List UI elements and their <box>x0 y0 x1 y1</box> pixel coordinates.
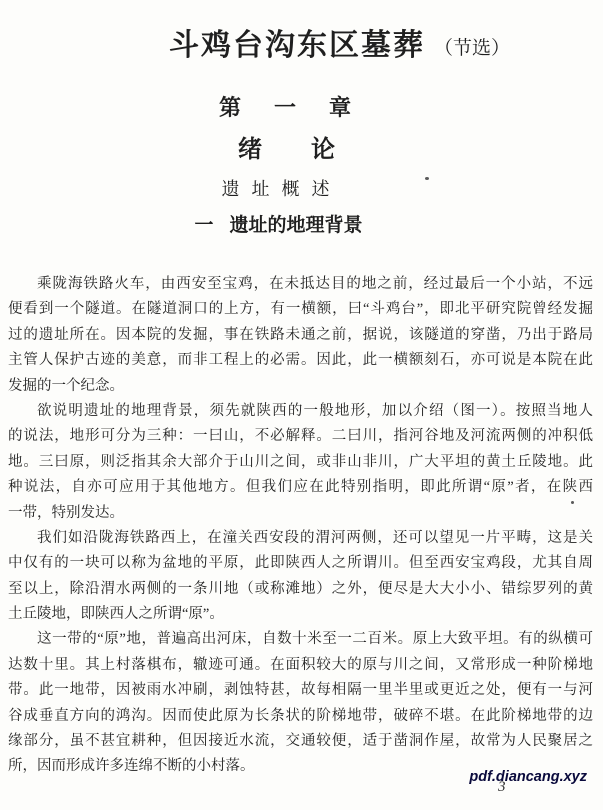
text-line: 一带，特别发达。 <box>8 501 593 526</box>
text-line: 谷成垂直方向的鸿沟。因而使此原为长条状的阶梯地带，破碎不堪。在此阶梯地带的边 <box>8 704 593 729</box>
text-line: 中仅有的一块可以称为盆地的平原，此即陕西人之所谓川。但至西安宝鸡段，尤其自周 <box>8 551 593 576</box>
body-text: 乘陇海铁路火车，由西安至宝鸡，在未抵达目的地之前，经过最后一个小站，不远便看到一… <box>0 272 603 780</box>
text-line: 我们如沿陇海铁路西上，在潼关西安段的渭河两侧，还可以望见一片平畴，这是关 <box>8 526 593 551</box>
text-line: 带。此一地带，因被雨水冲刷，剥蚀特甚，故每相隔一里半里或更近之处，便有一与河 <box>8 678 593 703</box>
text-line: 欲说明遗址的地理背景，须先就陕西的一般地形，加以介绍（图一）。按照当地人 <box>8 399 593 424</box>
text-line: 缘部分，虽不甚宜耕种，但因接近水流，交通较便，适于凿洞作屋，故常为人民聚居之 <box>8 729 593 754</box>
section-heading: 绪论 <box>0 136 603 164</box>
text-line: 发掘的一个纪念。 <box>8 374 593 399</box>
subsection-heading: 遗址概述 <box>0 177 603 201</box>
document-title-suffix: （节选） <box>425 31 434 67</box>
topic-heading: 一遗址的地理背景 <box>0 213 603 239</box>
watermark-text: pdf.diancang.xyz <box>469 769 587 785</box>
document-title: 斗鸡台沟东区墓葬（节选） <box>0 26 603 67</box>
document-title-main: 斗鸡台沟东区墓葬 <box>169 29 425 62</box>
text-line: 地。三曰原，则泛指其余大部介于山川之间，或非山非川，广大平坦的黄土丘陵地。此 <box>8 450 593 475</box>
chapter-heading: 第一章 <box>0 95 603 121</box>
text-line: 乘陇海铁路火车，由西安至宝鸡，在未抵达目的地之前，经过最后一个小站，不远 <box>8 272 593 297</box>
page-number: 3 <box>498 779 506 796</box>
topic-heading-label: 遗址的地理背景 <box>230 215 363 236</box>
scan-speck <box>425 177 429 180</box>
text-line: 至以上，除沿渭水两侧的一条川地（或称滩地）之外，便尽是大大小小、错综罗列的黄 <box>8 577 593 602</box>
text-line: 过的遗址所在。因本院的发掘，事在铁路未通之前，据说，该隧道的穿凿，乃出于路局 <box>8 323 593 348</box>
text-line: 便看到一个隧道。在隧道洞口的上方，有一横额，曰“斗鸡台”，即北平研究院曾经发掘 <box>8 297 593 322</box>
text-line: 主管人保护古迹的美意，而非工程上的必需。因此，此一横额刻石，亦可说是本院在此 <box>8 348 593 373</box>
text-line: 这一带的“原”地，普遍高出河床，自数十米至一二百米。原上大致平坦。有的纵横可 <box>8 627 593 652</box>
scan-speck <box>571 501 574 504</box>
scanned-document-page: 斗鸡台沟东区墓葬（节选） 第一章 绪论 遗址概述 一遗址的地理背景 乘陇海铁路火… <box>0 0 603 810</box>
text-line: 的说法，地形可分为三种：一曰山，不必解释。二曰川，指河谷地及河流两侧的冲积低 <box>8 424 593 449</box>
topic-heading-number: 一 <box>194 215 213 236</box>
text-line: 种说法，自亦可应用于其他地方。但我们应在此特别指明，即此所谓“原”者，在陕西 <box>8 475 593 500</box>
text-line: 达数十里。其上村落棋布，辙迹可通。在面积较大的原与川之间，又常形成一种阶梯地 <box>8 653 593 678</box>
text-line: 土丘陵地，即陕西人之所谓“原”。 <box>8 602 593 627</box>
